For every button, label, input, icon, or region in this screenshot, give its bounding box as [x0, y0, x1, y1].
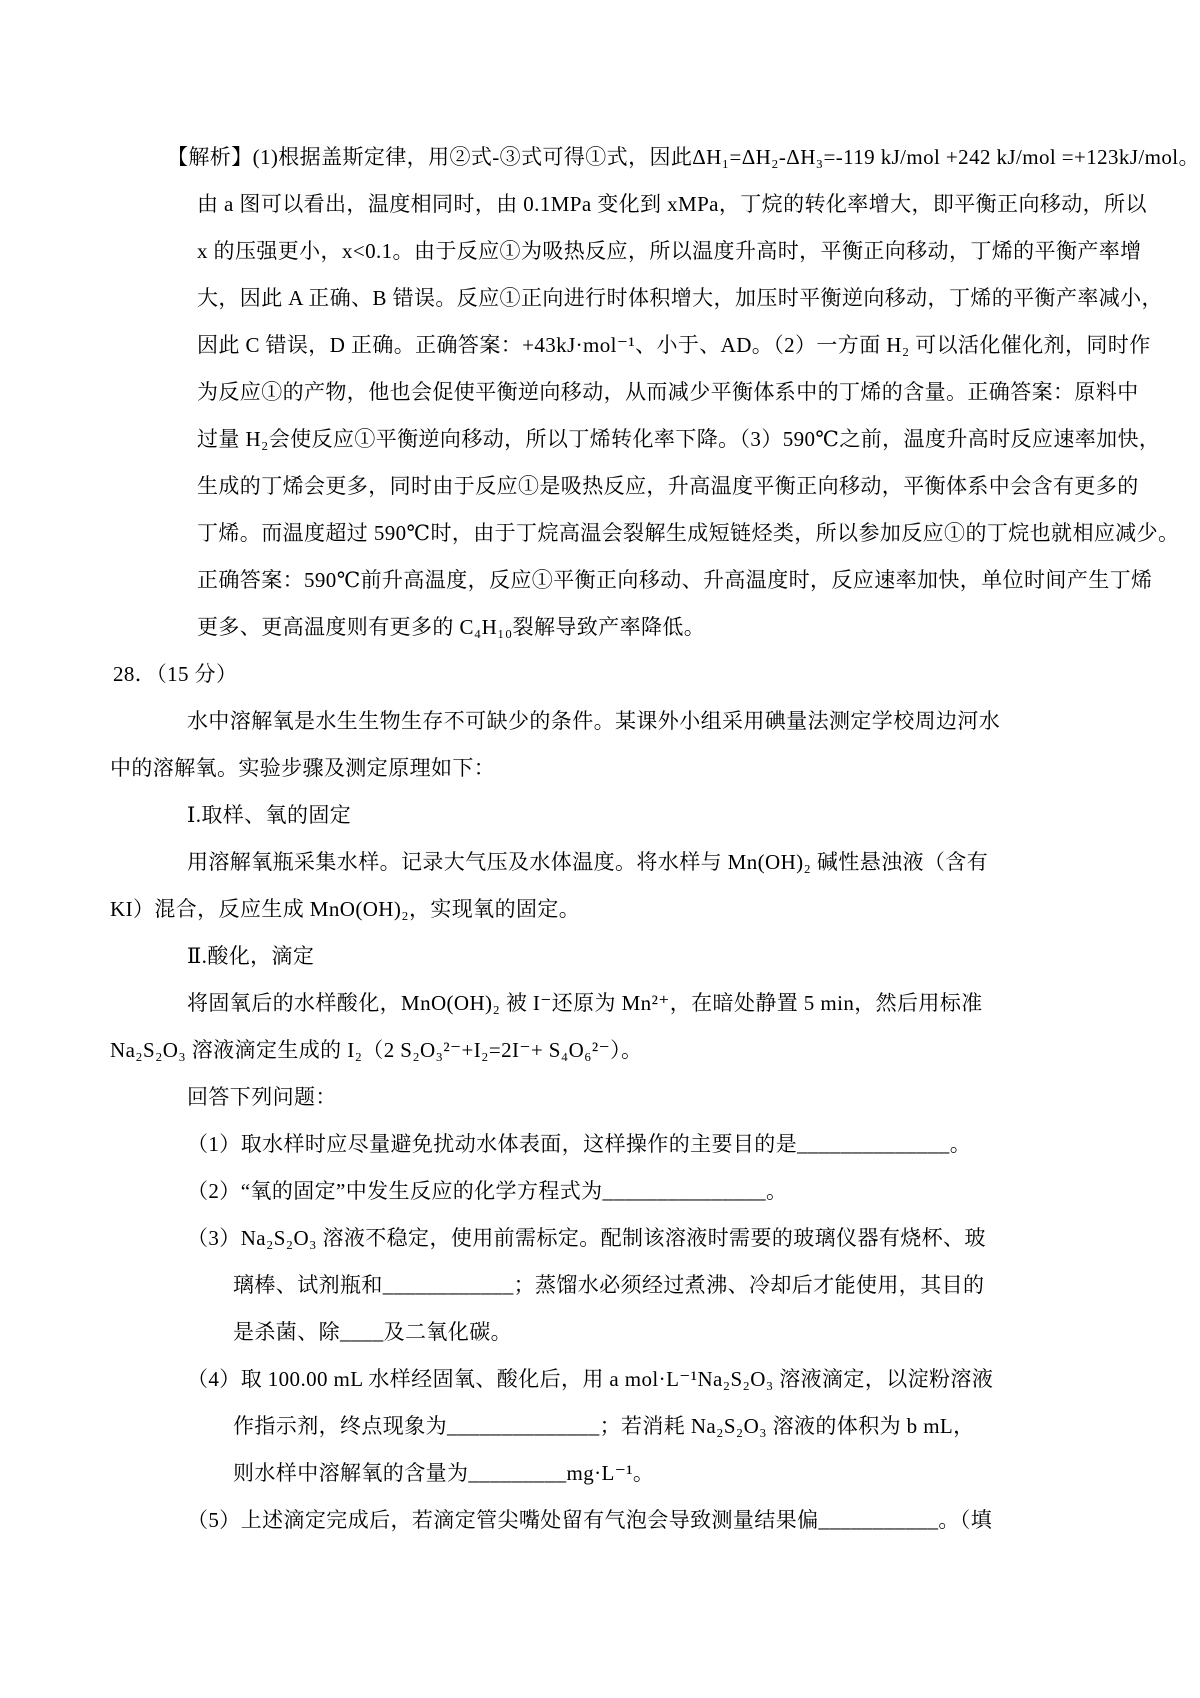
step1-line: KI）混合，反应生成 MnO(OH)₂，实现氧的固定。: [0, 886, 1200, 933]
sub-question-4-line: 作指示剂，终点现象为______________；若消耗 Na₂S₂O₃ 溶液的…: [0, 1403, 1200, 1450]
sub-question-4: （4）取 100.00 mL 水样经固氧、酸化后，用 a mol·L⁻¹Na₂S…: [0, 1356, 1200, 1403]
analysis-line: 由 a 图可以看出，温度相同时，由 0.1MPa 变化到 xMPa，丁烷的转化率…: [0, 181, 1200, 228]
step2-line: 将固氧后的水样酸化，MnO(OH)₂ 被 I⁻还原为 Mn²⁺，在暗处静置 5 …: [0, 980, 1200, 1027]
question-28-section: 28．（15 分） 水中溶解氧是水生生物生存不可缺少的条件。某课外小组采用碘量法…: [0, 651, 1200, 1544]
page-content: 【解析】(1)根据盖斯定律，用②式-③式可得①式，因此ΔH₁=ΔH₂-ΔH₃=-…: [0, 0, 1200, 1544]
sub-question-3-line: 璃棒、试剂瓶和____________；蒸馏水必须经过煮沸、冷却后才能使用，其目…: [0, 1262, 1200, 1309]
analysis-line: 过量 H₂会使反应①平衡逆向移动，所以丁烯转化率下降。（3）590℃之前，温度升…: [0, 416, 1200, 463]
sub-question-3-line: 是杀菌、除____及二氧化碳。: [0, 1309, 1200, 1356]
analysis-line: 正确答案：590℃前升高温度，反应①平衡正向移动、升高温度时，反应速率加快，单位…: [0, 557, 1200, 604]
sub-question-4-line: 则水样中溶解氧的含量为_________mg·L⁻¹。: [0, 1450, 1200, 1497]
analysis-line: 【解析】(1)根据盖斯定律，用②式-③式可得①式，因此ΔH₁=ΔH₂-ΔH₃=-…: [0, 134, 1200, 181]
step1-line: 用溶解氧瓶采集水样。记录大气压及水体温度。将水样与 Mn(OH)₂ 碱性悬浊液（…: [0, 839, 1200, 886]
step2-line: Na₂S₂O₃ 溶液滴定生成的 I₂（2 S₂O₃²⁻+I₂=2I⁻+ S₄O₆…: [0, 1027, 1200, 1074]
step1-heading: Ⅰ.取样、氧的固定: [0, 792, 1200, 839]
sub-question-5: （5）上述滴定完成后，若滴定管尖嘴处留有气泡会导致测量结果偏__________…: [0, 1497, 1200, 1544]
document-page: 【解析】(1)根据盖斯定律，用②式-③式可得①式，因此ΔH₁=ΔH₂-ΔH₃=-…: [0, 0, 1200, 1698]
analysis-section: 【解析】(1)根据盖斯定律，用②式-③式可得①式，因此ΔH₁=ΔH₂-ΔH₃=-…: [0, 134, 1200, 651]
question-number: 28．（15 分）: [0, 651, 1200, 698]
intro-line: 中的溶解氧。实验步骤及测定原理如下：: [0, 745, 1200, 792]
analysis-line: 更多、更高温度则有更多的 C₄H₁₀裂解导致产率降低。: [0, 604, 1200, 651]
analysis-line: 为反应①的产物，他也会促使平衡逆向移动，从而减少平衡体系中的丁烯的含量。正确答案…: [0, 369, 1200, 416]
analysis-line: 因此 C 错误，D 正确。正确答案：+43kJ·mol⁻¹、小于、AD。（2）一…: [0, 322, 1200, 369]
analysis-line: x 的压强更小，x<0.1。由于反应①为吸热反应，所以温度升高时，平衡正向移动，…: [0, 228, 1200, 275]
analysis-line: 生成的丁烯会更多，同时由于反应①是吸热反应，升高温度平衡正向移动，平衡体系中会含…: [0, 463, 1200, 510]
sub-question-3: （3）Na₂S₂O₃ 溶液不稳定，使用前需标定。配制该溶液时需要的玻璃仪器有烧杯…: [0, 1215, 1200, 1262]
intro-line: 水中溶解氧是水生生物生存不可缺少的条件。某课外小组采用碘量法测定学校周边河水: [0, 698, 1200, 745]
sub-question-2: （2）“氧的固定”中发生反应的化学方程式为_______________。: [0, 1168, 1200, 1215]
questions-prompt: 回答下列问题：: [0, 1074, 1200, 1121]
analysis-line: 大，因此 A 正确、B 错误。反应①正向进行时体积增大，加压时平衡逆向移动，丁烯…: [0, 275, 1200, 322]
step2-heading: Ⅱ.酸化，滴定: [0, 933, 1200, 980]
analysis-line: 丁烯。而温度超过 590℃时，由于丁烷高温会裂解生成短链烃类，所以参加反应①的丁…: [0, 510, 1200, 557]
sub-question-1: （1）取水样时应尽量避免扰动水体表面，这样操作的主要目的是___________…: [0, 1121, 1200, 1168]
